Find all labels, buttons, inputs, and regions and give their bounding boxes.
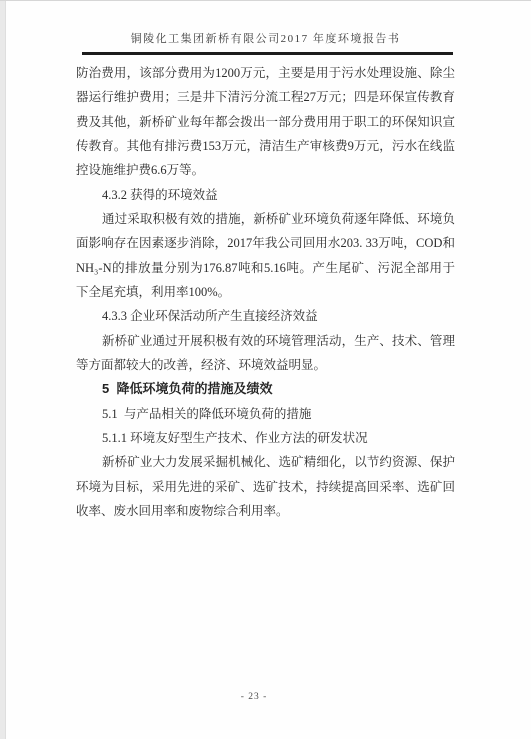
- paragraph-line: 通过采取积极有效的措施，新桥矿业环境负荷逐年降低、环境负: [76, 207, 455, 231]
- document-body: 防治费用，该部分费用为1200万元，主要是用于污水处理设施、除尘 器运行维护费用…: [76, 61, 455, 523]
- paragraph-line: 新桥矿业大力发展采掘机械化、选矿精细化，以节约资源、保护: [76, 450, 455, 474]
- paragraph-line: 等方面都较大的改善，经济、环境效益明显。: [76, 353, 455, 377]
- heading-5-1-1: 5.1.1 环境友好型生产技术、作业方法的研发状况: [76, 426, 455, 450]
- heading-4-3-2: 4.3.2 获得的环境效益: [76, 183, 455, 207]
- page-left-edge: [0, 1, 6, 739]
- paragraph-line: 下全尾充填，利用率100%。: [76, 280, 455, 304]
- paragraph-line: 环境为目标，采用先进的采矿、选矿技术，持续提高回采率、选矿回: [76, 475, 455, 499]
- heading-5-1: 5.1 与产品相关的降低环境负荷的措施: [76, 402, 455, 426]
- header-rule: [82, 52, 453, 55]
- document-page: 铜陵化工集团新桥有限公司2017 年度环境报告书 防治费用，该部分费用为1200…: [0, 0, 531, 739]
- paragraph-line: 控设施维护费6.6万等。: [76, 158, 455, 182]
- paragraph-line: 器运行维护费用；三是井下清污分流工程27万元；四是环保宣传教育: [76, 85, 455, 109]
- paragraph-line: 新桥矿业通过开展积极有效的环境管理活动，生产、技术、管理: [76, 329, 455, 353]
- paragraph-line: 费及其他，新桥矿业每年都会拨出一部分费用用于职工的环保知识宣: [76, 110, 455, 134]
- paragraph-line: 防治费用，该部分费用为1200万元，主要是用于污水处理设施、除尘: [76, 61, 455, 85]
- paragraph-line: 收率、废水回用率和废物综合利用率。: [76, 499, 455, 523]
- heading-4-3-3: 4.3.3 企业环保活动所产生直接经济效益: [76, 304, 455, 328]
- paragraph-line: 面影响存在因素逐步消除，2017年我公司回用水203. 33万吨，COD和: [76, 231, 455, 255]
- chapter-5-heading: 5 降低环境负荷的措施及绩效: [76, 377, 455, 401]
- paragraph-line: NH₃-N的排放量分别为176.87吨和5.16吨。产生尾矿、污泥全部用于井: [76, 256, 455, 280]
- page-header-title: 铜陵化工集团新桥有限公司2017 年度环境报告书: [40, 30, 491, 46]
- page-number: - 23 -: [0, 692, 508, 702]
- paragraph-line: 传教育。其他有排污费153万元，清洁生产审核费9万元，污水在线监: [76, 134, 455, 158]
